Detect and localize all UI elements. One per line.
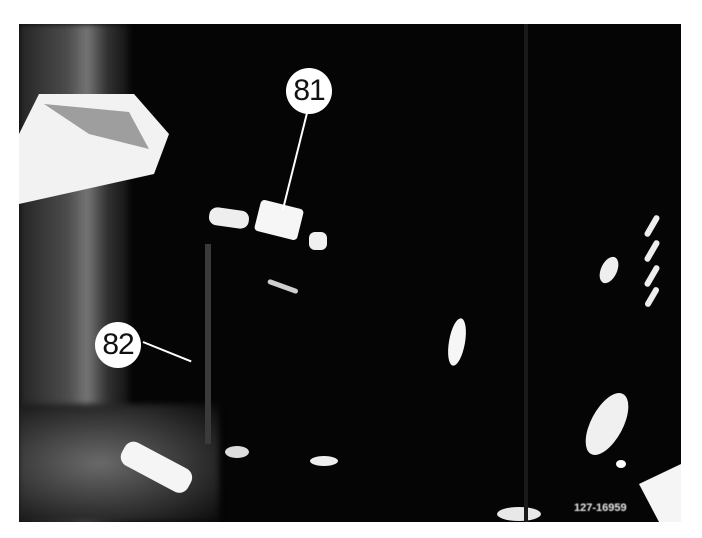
callout-81: 81 [286,68,332,114]
figure-photo: 127-16959 [19,24,681,522]
callout-82: 82 [95,322,141,368]
reference-code: 127-16959 [574,502,627,514]
photo-shapes [19,24,681,522]
